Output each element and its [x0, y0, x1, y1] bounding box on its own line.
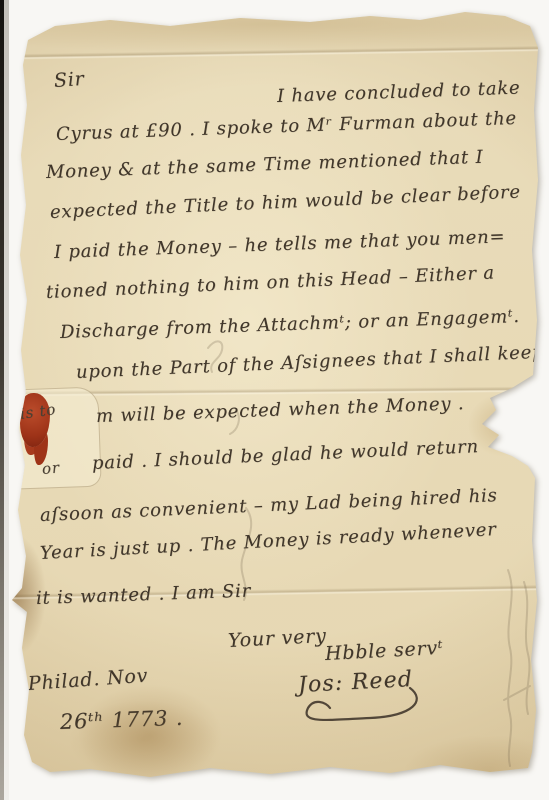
scanned-letter: Sir I have concluded to take Cyrus at £9…: [0, 0, 549, 800]
body-line-7: Discharge from the Attachmᵗ; or an Engag…: [60, 306, 521, 343]
closing-line-2: Hbble servᵗ: [324, 637, 444, 665]
body-line-13: it is wanted . I am Sir: [36, 580, 252, 608]
body-line-12: Year is just up . The Money is ready whe…: [39, 519, 497, 564]
body-line-3: Money & at the same Time mentioned that …: [46, 147, 484, 183]
body-line-2: Cyrus at £90 . I spoke to Mʳ Furman abou…: [56, 108, 518, 145]
letter-paper: Sir I have concluded to take Cyrus at £9…: [8, 10, 542, 790]
body-line-1: I have concluded to take: [277, 78, 521, 107]
fold-crease-top: [8, 46, 538, 60]
body-line-9: m will be expected when the Money .: [96, 393, 465, 427]
salutation: Sir: [53, 68, 85, 92]
body-line-6: tioned nothing to him on this Head – Eit…: [46, 262, 496, 303]
body-line-11: aſsoon as convenient – my Lad being hire…: [40, 485, 498, 526]
dateline-place: Philad. Nov: [27, 665, 149, 695]
signature: Jos: Reed: [297, 667, 413, 698]
body-line-5: I paid the Money – he tells me that you …: [54, 226, 506, 263]
body-line-8: upon the Part of the Aſsignees that I sh…: [76, 342, 545, 383]
patch-fragment-lower: or: [41, 458, 60, 477]
scan-edge-shadow: [4, 0, 9, 800]
body-line-4: expected the Title to him would be clear…: [50, 181, 522, 223]
body-line-10: paid . I should be glad he would return: [92, 436, 480, 474]
stain: [68, 700, 218, 780]
closing-line-1: Your very: [227, 625, 327, 652]
